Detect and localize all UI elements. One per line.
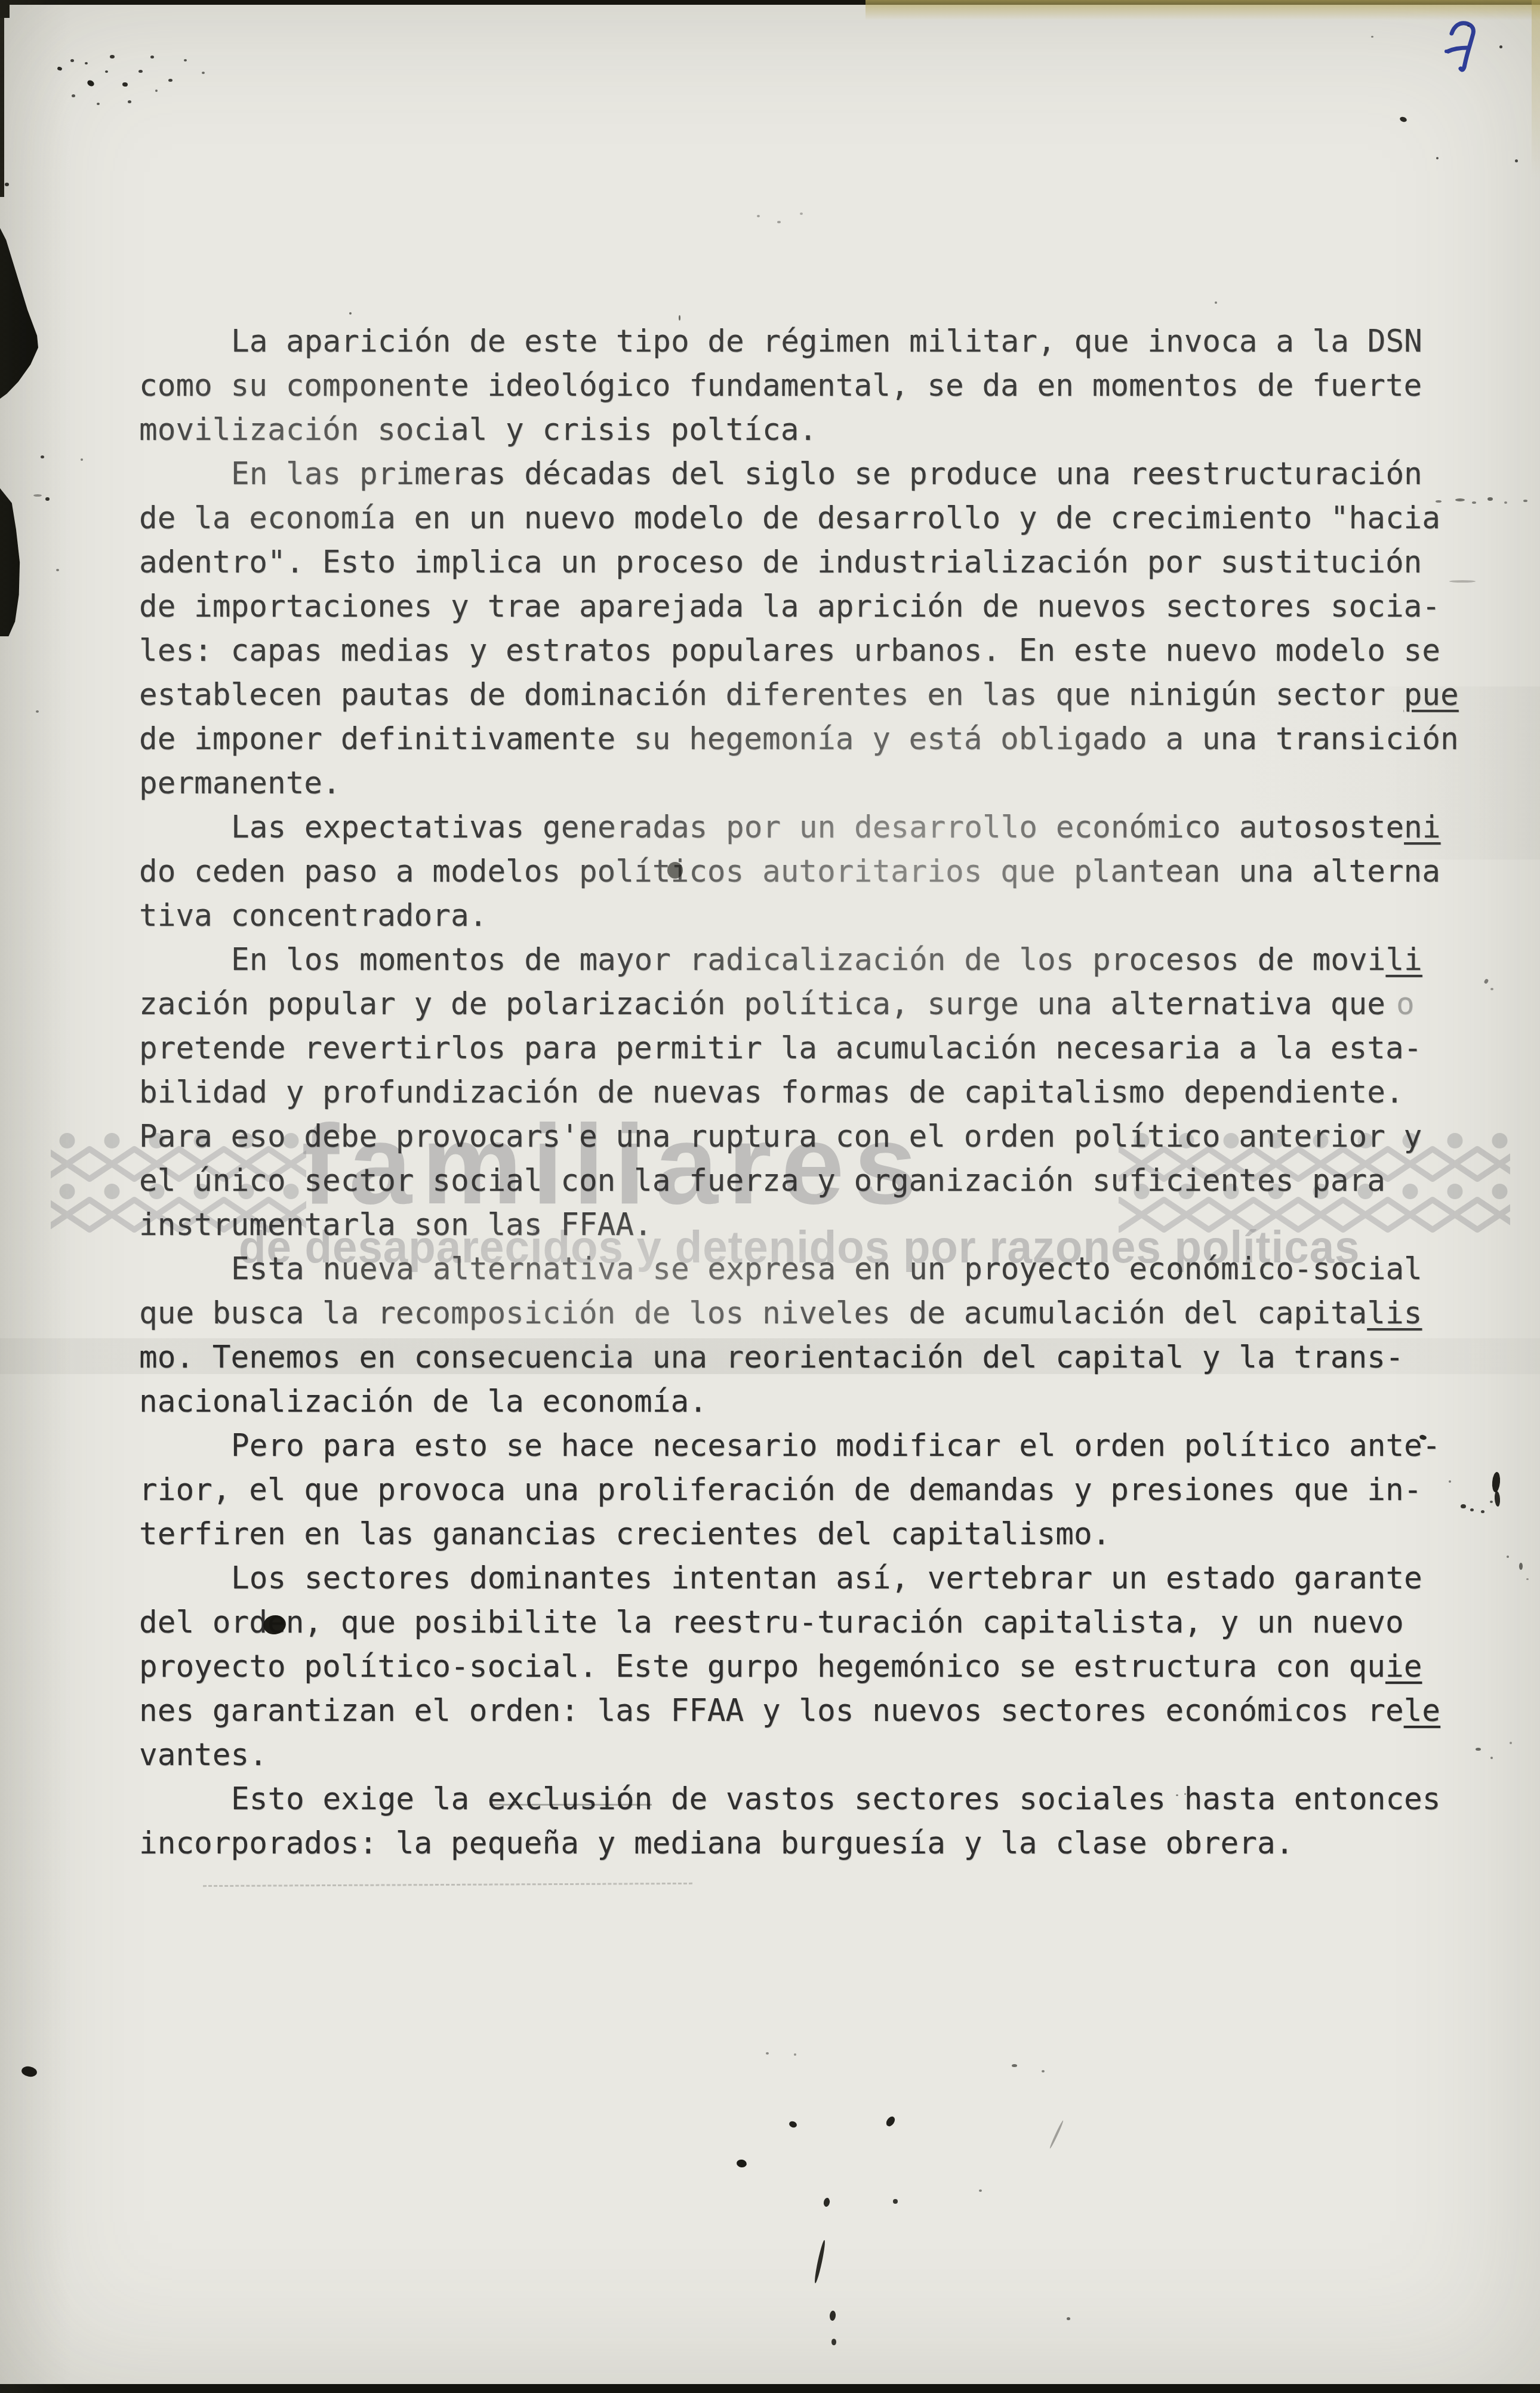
scanned-document-page: familiares de desaparecidos y detenidos …	[0, 0, 1540, 2393]
text-line: Para eso debe provocars'e una ruptura co…	[139, 1115, 1488, 1159]
ink-speck	[1519, 1563, 1523, 1570]
text-line: de la economía en un nuevo modelo de des…	[139, 497, 1488, 541]
ink-speck	[1507, 1556, 1509, 1558]
ink-speck	[1449, 1480, 1451, 1483]
scan-edge-corner	[0, 0, 10, 18]
ink-speck	[349, 312, 352, 315]
ink-speck	[105, 70, 108, 73]
ink-speck	[789, 2120, 798, 2129]
ink-speck	[1215, 301, 1217, 304]
text-line: como su componente ideológico fundamenta…	[139, 364, 1488, 408]
text-line: do ceden paso a modelos políticos autori…	[139, 850, 1488, 894]
ink-speck	[155, 90, 158, 92]
text-line: rior, el que provoca una proliferación d…	[139, 1468, 1488, 1513]
ink-speck	[1476, 1748, 1481, 1751]
ink-speck	[87, 79, 96, 88]
text-line: adentro". Esto implica un proceso de ind…	[139, 541, 1488, 585]
page-number	[1444, 18, 1486, 78]
ink-speck	[36, 710, 39, 713]
text-line: de importaciones y trae aparejada la apr…	[139, 585, 1488, 629]
ink-speck	[122, 82, 128, 87]
ink-speck	[128, 100, 131, 103]
ink-speck	[5, 183, 9, 186]
text-line: que busca la recomposición de los nivele…	[139, 1292, 1488, 1336]
text-line: Los sectores dominantes intentan así, ve…	[139, 1557, 1488, 1601]
ink-speck	[57, 66, 63, 71]
overstrike-exclusion	[489, 1804, 652, 1806]
ink-speck	[97, 103, 100, 105]
text-line: les: capas medias y estratos populares u…	[139, 629, 1488, 673]
text-line: bilidad y profundización de nuevas forma…	[139, 1071, 1488, 1115]
ink-speck	[1455, 498, 1465, 501]
text-line: pretende revertirlos para permitir la ac…	[139, 1027, 1488, 1071]
text-line: En los momentos de mayor radicalización …	[139, 938, 1488, 983]
ink-speck	[1449, 580, 1476, 583]
ink-speck	[1436, 157, 1439, 159]
ink-speck	[1523, 500, 1527, 502]
text-line: del orden, que posibilite la reestru-tur…	[139, 1601, 1488, 1645]
faint-pencil-line	[203, 1883, 692, 1887]
text-line: terfiren en las ganancias crecientes del…	[139, 1513, 1488, 1557]
text-line: de imponer definitivamente su hegemonía …	[139, 717, 1488, 762]
ink-speck	[1049, 2120, 1064, 2149]
text-line: La aparición de este tipo de régimen mil…	[139, 320, 1488, 364]
ink-speck	[1494, 1491, 1501, 1507]
text-line: establecen pautas de dominación diferent…	[139, 673, 1488, 717]
ink-speck	[1492, 1471, 1501, 1492]
scan-edge-left	[0, 0, 4, 197]
text-line: tiva concentradora.	[139, 894, 1488, 938]
ink-speck	[1515, 159, 1518, 162]
torn-edge-blob	[0, 488, 21, 636]
ink-speck	[45, 497, 50, 501]
ink-speck	[766, 2052, 769, 2055]
ink-speck	[667, 862, 683, 879]
ink-speck	[1487, 497, 1493, 501]
ink-speck	[21, 2065, 38, 2078]
text-line: incorporados: la pequeña y mediana burgu…	[139, 1822, 1488, 1866]
text-line: permanente.	[139, 762, 1488, 806]
text-line: vantes.	[139, 1733, 1488, 1778]
ink-speck	[1012, 2064, 1017, 2067]
scan-edge-bottom	[0, 2384, 1540, 2393]
ink-speck	[85, 62, 88, 64]
ink-speck	[885, 2115, 897, 2128]
ink-speck	[1490, 988, 1493, 990]
ink-speck	[1042, 2070, 1045, 2072]
ink-speck	[150, 56, 154, 58]
ink-speck	[823, 2197, 830, 2207]
scan-edge-top	[0, 0, 1540, 5]
text-line: el único sector social con la fuerza y o…	[139, 1159, 1488, 1203]
ink-speck	[1490, 1757, 1493, 1759]
yellow-edge-tint	[1532, 0, 1540, 179]
typewritten-text: La aparición de este tipo de régimen mil…	[139, 320, 1488, 1866]
ink-speck	[1526, 1578, 1529, 1580]
text-line: nes garantizan el orden: las FFAA y los …	[139, 1689, 1488, 1733]
ink-speck	[1067, 2317, 1070, 2320]
text-line: zación popular y de polarización polític…	[139, 983, 1488, 1027]
ink-speck	[794, 2053, 796, 2056]
ink-speck	[110, 55, 115, 58]
ink-speck	[81, 458, 83, 461]
ink-speck	[679, 315, 680, 321]
ink-speck	[1176, 1794, 1178, 1796]
ink-speck	[1481, 1510, 1484, 1513]
ink-speck	[1461, 1504, 1466, 1508]
ink-speck	[72, 94, 75, 97]
ink-speck	[1470, 1508, 1474, 1511]
ink-speck	[757, 215, 760, 217]
ink-speck	[1184, 1793, 1186, 1795]
ink-speck	[41, 455, 44, 458]
text-line: nacionalización de la economía.	[139, 1380, 1488, 1424]
ink-speck	[70, 59, 74, 62]
text-line: En las primeras décadas del siglo se pro…	[139, 452, 1488, 497]
ink-speck	[1499, 45, 1502, 48]
ink-speck	[777, 221, 781, 223]
ink-speck	[56, 569, 59, 571]
ink-speck	[138, 70, 143, 73]
ink-speck	[800, 212, 803, 215]
ink-speck	[168, 79, 173, 82]
ink-speck	[893, 2199, 898, 2204]
text-line: Esto exige la exclusión de vastos sector…	[139, 1778, 1488, 1822]
handwritten-seven	[1444, 18, 1486, 78]
ink-speck	[33, 494, 42, 497]
text-line: Esta nueva alternativa se expresa en un …	[139, 1248, 1488, 1292]
text-line: instrumentarla son las FFAA.	[139, 1203, 1488, 1248]
ink-speck	[979, 2189, 982, 2192]
ink-speck	[1399, 116, 1407, 123]
ink-speck	[1436, 500, 1442, 503]
ink-speck	[1504, 501, 1507, 504]
ink-speck	[184, 59, 187, 61]
text-line: Las expectativas generadas por un desarr…	[139, 806, 1488, 850]
ink-speck	[831, 2339, 836, 2345]
ink-speck	[1472, 501, 1476, 504]
text-line: proyecto político-social. Este gurpo heg…	[139, 1645, 1488, 1689]
text-line: movilización social y crisis poltíca.	[139, 408, 1488, 452]
text-line: Pero para esto se hace necesario modific…	[139, 1424, 1488, 1468]
ink-speck	[1371, 36, 1373, 38]
ink-speck	[202, 72, 205, 74]
ink-speck	[829, 2311, 836, 2321]
ink-speck	[736, 2159, 747, 2169]
text-line: mo. Tenemos en consecuencia una reorient…	[139, 1336, 1488, 1380]
ink-speck	[1490, 1501, 1493, 1503]
ink-speck	[1510, 1742, 1512, 1744]
torn-edge-blob	[0, 228, 38, 399]
ink-speck	[813, 2240, 826, 2284]
ink-speck	[1467, 25, 1470, 27]
